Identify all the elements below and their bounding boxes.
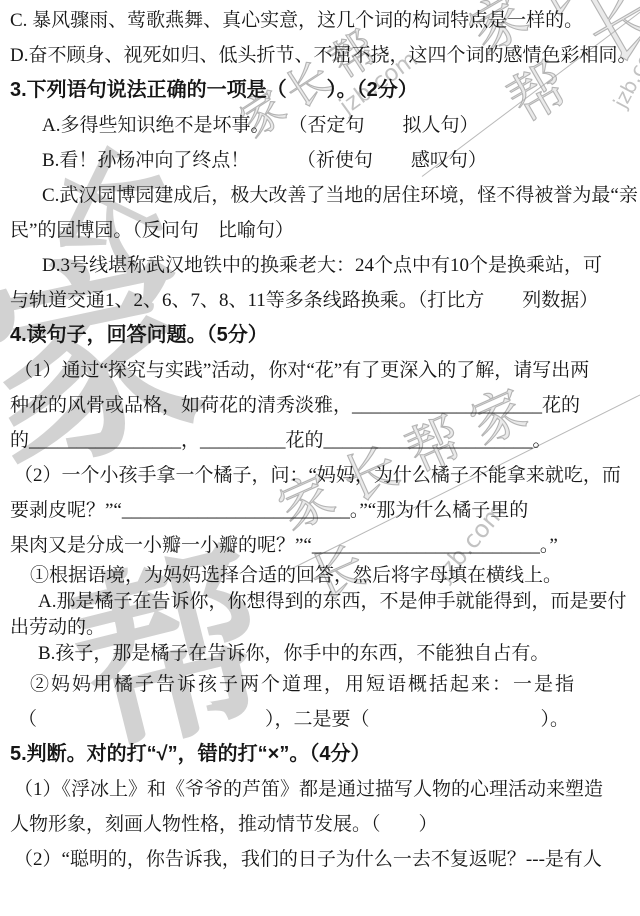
text-line: D.奋不顾身、视死如归、低头折节、不屈不挠，这四个词的感情色彩相同。: [0, 38, 640, 73]
text-line: 3.下列语句说法正确的一项是（ ）。（2分）: [0, 73, 640, 108]
text-line: C.武汉园博园建成后，极大改善了当地的居住环境，怪不得被誉为最“亲: [0, 178, 640, 213]
text-line: （ ），二是要（ ）。: [0, 702, 640, 737]
text-line: A.那是橘子在告诉你，你想得到的东西，不是伸手就能得到，而是要付: [0, 589, 640, 615]
text-line: 民”的园博园。（反问句 比喻句）: [0, 213, 640, 248]
text-line: 出劳动的。: [0, 615, 640, 641]
text-line: 要剥皮呢？”“________________________。”“那为什么橘子…: [0, 493, 640, 528]
document-text: C. 暴风骤雨、莺歌燕舞、真心实意，这几个词的构词特点是一样的。D.奋不顾身、视…: [0, 0, 640, 916]
text-line: A.多得些知识绝不是坏事。 （否定句 拟人句）: [0, 108, 640, 143]
text-line: 5.判断。对的打“√”，错的打“×”。（4分）: [0, 737, 640, 772]
text-line: （1）通过“探究与实践”活动，你对“花”有了更深入的了解，请写出两: [0, 353, 640, 388]
text-line: C. 暴风骤雨、莺歌燕舞、真心实意，这几个词的构词特点是一样的。: [0, 3, 640, 38]
exam-page: 家长帮长jzb.comjzb.com家长帮长家帮家长帮家长jzb.com C. …: [0, 0, 640, 916]
text-line: （2）一个小孩手拿一个橘子，问：“妈妈，为什么橘子不能拿来就吃，而: [0, 458, 640, 493]
text-line: 人物形象，刻画人物性格，推动情节发展。（ ）: [0, 807, 640, 842]
text-line: 果肉又是分成一小瓣一小瓣的呢？”“_______________________…: [0, 528, 640, 563]
text-line: D.3号线堪称武汉地铁中的换乘老大：24个点中有10个是换乘站，可: [0, 248, 640, 283]
text-line: B.看！孙杨冲向了终点！ （祈使句 感叹句）: [0, 143, 640, 178]
text-line: 4.读句子，回答问题。（5分）: [0, 318, 640, 353]
text-line: 的________________，_________花的___________…: [0, 423, 640, 458]
text-line: ①根据语境，为妈妈选择合适的回答，然后将字母填在横线上。: [0, 563, 640, 589]
text-line: （2）“聪明的，你告诉我，我们的日子为什么一去不复返呢？---是有人: [0, 842, 640, 877]
text-line: （1）《浮冰上》和《爷爷的芦笛》都是通过描写人物的心理活动来塑造: [0, 772, 640, 807]
text-line: 种花的风骨或品格，如荷花的清秀淡雅，____________________花的: [0, 388, 640, 423]
text-line: B.孩子，那是橘子在告诉你，你手中的东西，不能独自占有。: [0, 641, 640, 667]
text-line: ②妈妈用橘子告诉孩子两个道理，用短语概括起来：一是指: [0, 667, 640, 702]
text-line: 与轨道交通1、2、6、7、8、11等多条线路换乘。（打比方 列数据）: [0, 283, 640, 318]
